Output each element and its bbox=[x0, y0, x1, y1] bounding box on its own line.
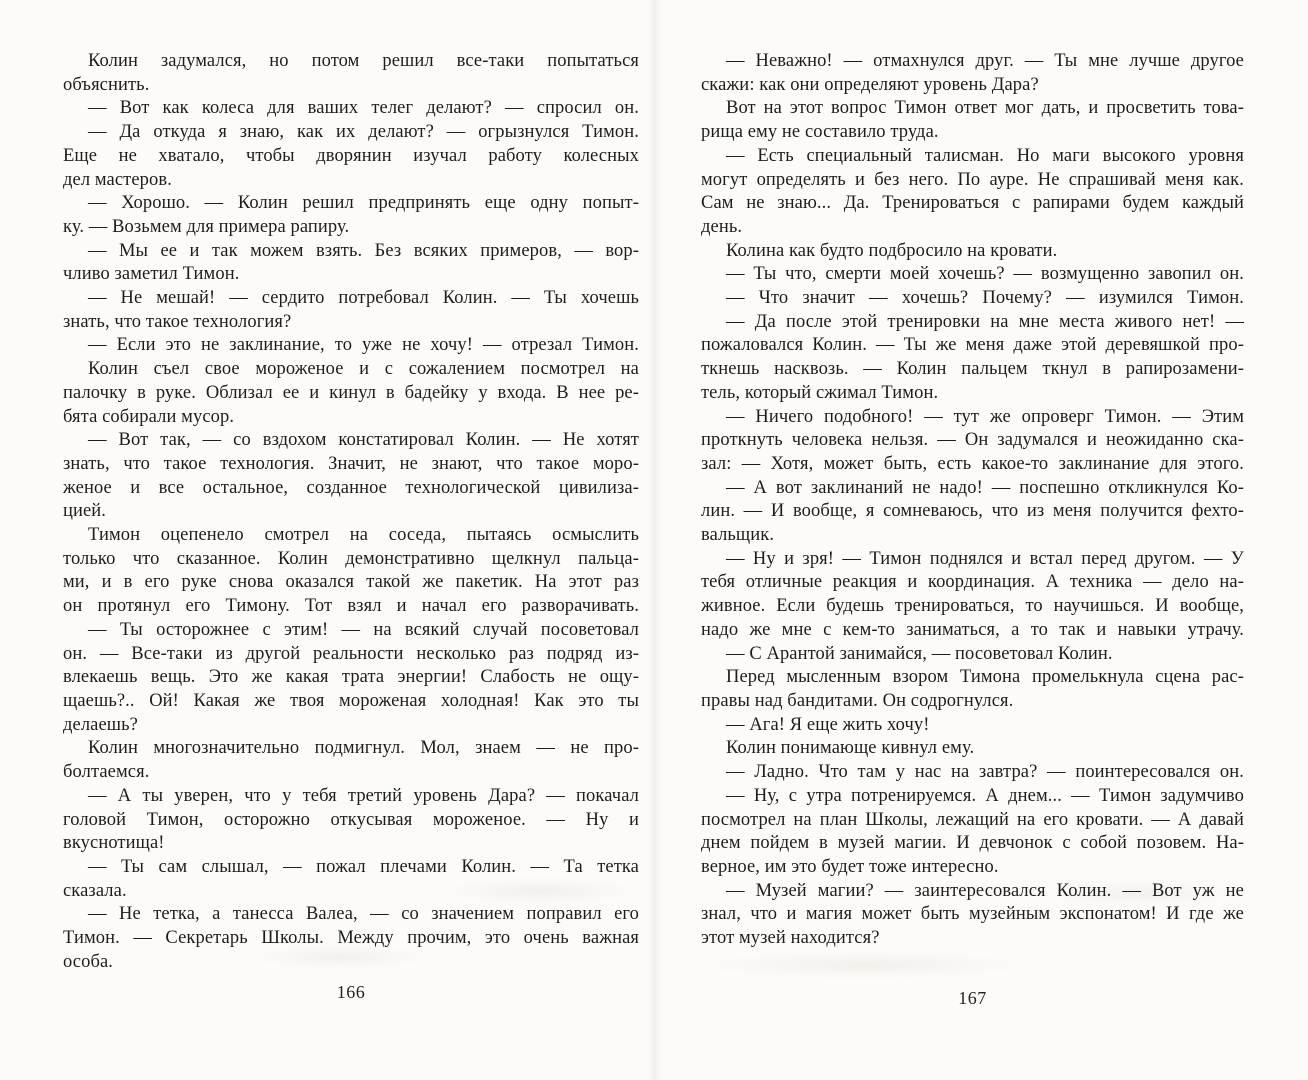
text-line: ткнешь насквозь. — Колин пальцем ткнул в… bbox=[701, 358, 1244, 382]
text-line: Тимон. — Секретарь Школы. Между прочим, … bbox=[63, 927, 639, 951]
text-line: особа. bbox=[63, 951, 639, 975]
text-line: — Не мешай! — сердито потребовал Колин. … bbox=[63, 287, 639, 311]
text-line: — Ты что, смерти моей хочешь? — возмущен… bbox=[701, 263, 1244, 287]
text-line: — Мы ее и так можем взять. Без всяких пр… bbox=[63, 240, 639, 264]
text-line: — Если это не заклинание, то уже не хочу… bbox=[63, 334, 639, 358]
text-line: женое и все остальное, созданное техноло… bbox=[63, 477, 639, 501]
text-line: — Ты осторожнее с этим! — на всякий случ… bbox=[63, 619, 639, 643]
text-line: — Неважно! — отмахнулся друг. — Ты мне л… bbox=[701, 50, 1244, 74]
text-line: Колин многозначительно подмигнул. Мол, з… bbox=[63, 737, 639, 761]
text-line: — А вот заклинаний не надо! — поспешно о… bbox=[701, 477, 1244, 501]
text-line: бята собирали мусор. bbox=[63, 406, 639, 430]
text-line: — Что значит — хочешь? Почему? — изумилс… bbox=[701, 287, 1244, 311]
text-line: чливо заметил Тимон. bbox=[63, 263, 639, 287]
book-spread: Колин задумался, но потом решил все-таки… bbox=[0, 0, 1308, 1080]
text-line: ми, и в его руке снова оказался такой же… bbox=[63, 571, 639, 595]
text-line: болтаемся. bbox=[63, 761, 639, 785]
text-line: цией. bbox=[63, 500, 639, 524]
text-line: лин. — И вообще, я сомневаюсь, что из ме… bbox=[701, 500, 1244, 524]
text-line: рища ему не составило труда. bbox=[701, 121, 1244, 145]
text-line: Колина как будто подбросило на кровати. bbox=[701, 240, 1244, 264]
text-line: правы над бандитами. Он содрогнулся. bbox=[701, 690, 1244, 714]
text-line: он протянул его Тимону. Тот взял и начал… bbox=[63, 595, 639, 619]
text-line: живное. Если будешь тренироваться, то на… bbox=[701, 595, 1244, 619]
text-line: — Ну и зря! — Тимон поднялся и встал пер… bbox=[701, 548, 1244, 572]
text-line: — Ага! Я еще жить хочу! bbox=[701, 714, 1244, 738]
text-line: палочку в руке. Облизал ее и кинул в бад… bbox=[63, 382, 639, 406]
text-line: влекаешь вещь. Это же какая трата энерги… bbox=[63, 666, 639, 690]
text-line: — Ты сам слышал, — пожал плечами Колин. … bbox=[63, 856, 639, 880]
text-line: головой Тимон, осторожно откусывая морож… bbox=[63, 809, 639, 833]
text-line: — Ну, с утра потренируемся. А днем... — … bbox=[701, 785, 1244, 809]
page-text: — Неважно! — отмахнулся друг. — Ты мне л… bbox=[701, 50, 1244, 951]
text-line: знать, что такое технология. Значит, не … bbox=[63, 453, 639, 477]
text-line: верное, им это будет тоже интересно. bbox=[701, 856, 1244, 880]
text-line: Тимон оцепенело смотрел на соседа, пытая… bbox=[63, 524, 639, 548]
text-line: делаешь? bbox=[63, 714, 639, 738]
text-line: Колин задумался, но потом решил все-таки… bbox=[63, 50, 639, 74]
text-line: знать, что такое технология? bbox=[63, 311, 639, 335]
text-line: — Ничего подобного! — тут же опроверг Ти… bbox=[701, 406, 1244, 430]
text-line: Колин съел свое мороженое и с сожалением… bbox=[63, 358, 639, 382]
text-line: этот музей находится? bbox=[701, 927, 1244, 951]
page-gutter-shadow bbox=[648, 0, 662, 1080]
text-line: днем пойдем в музей магии. И девчонок с … bbox=[701, 832, 1244, 856]
text-line: тель, который сжимал Тимон. bbox=[701, 382, 1244, 406]
text-line: — Есть специальный талисман. Но маги выс… bbox=[701, 145, 1244, 169]
text-line: могут определять и без него. По ауре. Не… bbox=[701, 169, 1244, 193]
text-line: Перед мысленным взором Тимона промелькну… bbox=[701, 666, 1244, 690]
text-line: Вот на этот вопрос Тимон ответ мог дать,… bbox=[701, 97, 1244, 121]
text-line: — Да после этой тренировки на мне места … bbox=[701, 311, 1244, 335]
text-line: день. bbox=[701, 216, 1244, 240]
text-line: — Да откуда я знаю, как их делают? — огр… bbox=[63, 121, 639, 145]
text-line: щаешь?.. Ой! Какая же твоя мороженая хол… bbox=[63, 690, 639, 714]
text-line: Колин понимающе кивнул ему. bbox=[701, 737, 1244, 761]
text-line: — Не тетка, а танесса Валеа, — со значен… bbox=[63, 903, 639, 927]
page-left: Колин задумался, но потом решил все-таки… bbox=[63, 50, 639, 974]
text-line: — Музей магии? — заинтересовался Колин. … bbox=[701, 880, 1244, 904]
text-line: надо же мне с кем-то заниматься, а то та… bbox=[701, 619, 1244, 643]
text-line: знал, что и магия может быть музейным эк… bbox=[701, 903, 1244, 927]
text-line: — Ладно. Что там у нас на завтра? — поин… bbox=[701, 761, 1244, 785]
text-line: — А ты уверен, что у тебя третий уровень… bbox=[63, 785, 639, 809]
text-line: — Вот так, — со вздохом констатировал Ко… bbox=[63, 429, 639, 453]
text-line: — Вот как колеса для ваших телег делают?… bbox=[63, 97, 639, 121]
text-line: ку. — Возьмем для примера рапиру. bbox=[63, 216, 639, 240]
page-number: 166 bbox=[63, 982, 639, 1003]
page-text: Колин задумался, но потом решил все-таки… bbox=[63, 50, 639, 974]
text-line: — Хорошо. — Колин решил предпринять еще … bbox=[63, 192, 639, 216]
text-line: объяснить. bbox=[63, 74, 639, 98]
text-line: посмотрел на план Школы, лежащий на его … bbox=[701, 809, 1244, 833]
text-line: он. — Все-таки из другой реальности неск… bbox=[63, 643, 639, 667]
text-line: Еще не хватало, чтобы дворянин изучал ра… bbox=[63, 145, 639, 169]
text-line: вкуснотища! bbox=[63, 832, 639, 856]
text-line: дел мастеров. bbox=[63, 169, 639, 193]
scan-smudge bbox=[700, 952, 1030, 978]
text-line: Сам не знаю... Да. Тренироваться с рапир… bbox=[701, 192, 1244, 216]
page-right: — Неважно! — отмахнулся друг. — Ты мне л… bbox=[701, 50, 1244, 951]
text-line: пожаловался Колин. — Ты же меня даже это… bbox=[701, 334, 1244, 358]
text-line: только что сказанное. Колин демонстратив… bbox=[63, 548, 639, 572]
text-line: зал: — Хотя, может быть, есть какое-то з… bbox=[701, 453, 1244, 477]
text-line: вальщик. bbox=[701, 524, 1244, 548]
text-line: сказала. bbox=[63, 880, 639, 904]
text-line: — С Арантой занимайся, — посоветовал Кол… bbox=[701, 643, 1244, 667]
text-line: тебя отличные реакция и координация. А т… bbox=[701, 571, 1244, 595]
text-line: проткнуть человека нельзя. — Он задумалс… bbox=[701, 429, 1244, 453]
text-line: скажи: как они определяют уровень Дара? bbox=[701, 74, 1244, 98]
page-number: 167 bbox=[701, 988, 1244, 1009]
